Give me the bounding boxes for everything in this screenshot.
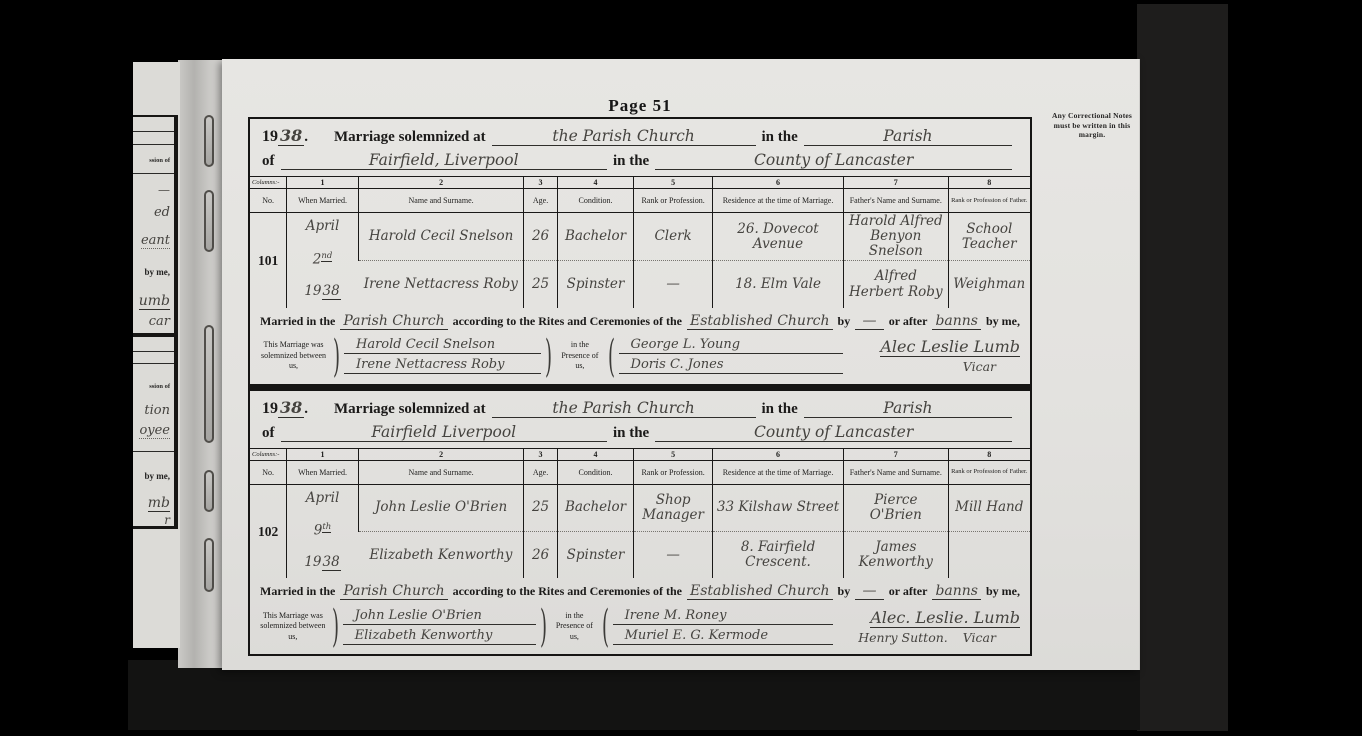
label-in-the: in the — [613, 153, 649, 170]
marriage-record-102: 1938. Marriage solemnized at the Parish … — [248, 389, 1032, 657]
binding-stitch — [204, 325, 214, 443]
column-header-father: Father's Name and Surname. — [844, 460, 949, 484]
register-page: Page 51 Any Correctional Notes must be w… — [222, 59, 1140, 670]
column-number: 1 — [287, 177, 359, 189]
year-handwritten: 38 — [322, 283, 341, 300]
label-rites: according to the Rites and Ceremonies of… — [453, 314, 682, 329]
day-suffix: nd — [321, 251, 332, 262]
column-header-rank: Rank or Profession. — [634, 460, 713, 484]
fragment-text: eant — [141, 233, 170, 249]
rites-handwritten: Established Church — [687, 583, 833, 600]
columns-label: Columns:- — [250, 448, 287, 460]
bride-rank: — — [634, 531, 713, 578]
groom-condition: Bachelor — [557, 484, 633, 531]
label-this-marriage: This Marriage was solemnized between us, — [258, 335, 329, 377]
marriage-register: 1938. Marriage solemnized at the Parish … — [248, 117, 1032, 656]
label-in-the: in the — [762, 129, 798, 146]
church-name-handwritten: the Parish Church — [492, 399, 756, 418]
brace-glyph: ) — [540, 587, 547, 665]
column-header-no: No. — [250, 189, 287, 213]
witness1-signature: Irene M. Roney — [613, 608, 834, 625]
column-number: 8 — [948, 177, 1030, 189]
fragment-text: by me, — [145, 471, 171, 481]
groom-rank: Shop Manager — [634, 484, 713, 531]
column-header-residence: Residence at the time of Marriage. — [713, 460, 844, 484]
fragment-text: by me, — [145, 267, 171, 277]
record-header: 1938. Marriage solemnized at the Parish … — [250, 391, 1030, 445]
fragment-text: umb — [139, 293, 170, 310]
groom-age: 26 — [524, 213, 558, 261]
column-number: 5 — [634, 448, 713, 460]
month-handwritten: April — [289, 219, 356, 234]
bride-condition: Spinster — [557, 531, 633, 578]
bride-father: James Kenworthy — [844, 531, 949, 578]
label-marriage-solemnized: Marriage solemnized at — [334, 401, 486, 418]
fragment-text: ssion of — [149, 157, 170, 164]
groom-condition: Bachelor — [557, 213, 633, 261]
groom-father: Harold Alfred Benyon Snelson — [844, 213, 949, 261]
bride-father: Alfred Herbert Roby — [844, 261, 949, 308]
column-number: 3 — [524, 448, 558, 460]
groom-name: John Leslie O'Brien — [358, 484, 523, 531]
label-by-me: by me, — [986, 314, 1020, 329]
bride-age: 25 — [524, 261, 558, 308]
bride-name: Irene Nettacress Roby — [358, 261, 523, 308]
county-handwritten: County of Lancaster — [655, 151, 1012, 170]
bride-condition: Spinster — [557, 261, 633, 308]
label-married-in-the: Married in the — [260, 584, 335, 599]
officiant-signature-block: Alec Leslie Lumb Vicar — [846, 335, 1022, 377]
column-number: 2 — [358, 448, 523, 460]
label-of: of — [262, 425, 275, 442]
parish-handwritten: Fairfield, Liverpool — [281, 151, 607, 170]
binding-stitch — [204, 190, 214, 252]
column-header-when-married: When Married. — [287, 460, 359, 484]
groom-father-rank: Mill Hand — [948, 484, 1030, 531]
column-header-no: No. — [250, 460, 287, 484]
officiant-title: Vicar — [963, 359, 996, 374]
column-numbers-row: Columns:- 1 2 3 4 5 6 7 8 — [250, 448, 1030, 460]
record-header: 1938. Marriage solemnized at the Parish … — [250, 119, 1030, 173]
groom-father: Pierce O'Brien — [844, 484, 949, 531]
entry-number: 102 — [250, 484, 287, 578]
column-number: 8 — [948, 448, 1030, 460]
district-handwritten: Parish — [804, 127, 1012, 146]
binding-stitch — [204, 470, 214, 512]
signature-area: This Marriage was solemnized between us,… — [250, 600, 1030, 654]
column-header-when-married: When Married. — [287, 189, 359, 213]
bride-father-rank — [948, 531, 1030, 578]
label-by: by — [838, 584, 851, 599]
fragment-text: car — [149, 314, 170, 329]
year-printed: 19 — [262, 128, 278, 146]
column-header-rank: Rank or Profession. — [634, 189, 713, 213]
label-in-the: in the — [613, 425, 649, 442]
month-handwritten: April — [289, 491, 356, 506]
couple-signatures: Harold Cecil Snelson Irene Nettacress Ro… — [344, 335, 541, 377]
brace-glyph: ( — [602, 587, 609, 665]
scanned-register-photo: { "page": { "title": "Page 51", "margin_… — [0, 0, 1362, 736]
brace-glyph: ) — [333, 317, 340, 395]
witness-signatures: George L. Young Doris C. Jones — [619, 335, 844, 377]
fragment-text: mb — [148, 495, 170, 512]
column-number: 7 — [844, 448, 949, 460]
bride-rank: — — [634, 261, 713, 308]
column-header-condition: Condition. — [557, 460, 633, 484]
married-in-line: Married in the Parish Church according t… — [250, 578, 1030, 600]
rites-handwritten: Established Church — [687, 313, 833, 330]
marriage-record-101: 1938. Marriage solemnized at the Parish … — [248, 117, 1032, 386]
brace-glyph: ( — [608, 317, 615, 395]
when-married-cell: April 2nd 1938 — [287, 213, 359, 308]
label-this-marriage: This Marriage was solemnized between us, — [258, 605, 328, 647]
column-number: 6 — [713, 448, 844, 460]
page-bottom-shadow — [128, 660, 1140, 730]
witness2-signature: Muriel E. G. Kermode — [613, 628, 834, 645]
parish-handwritten: Fairfield Liverpool — [281, 423, 607, 442]
fragment-text: ed — [154, 205, 170, 220]
officiant-title: Vicar — [963, 630, 996, 645]
groom-row: 101 April 2nd 1938 Harold Cecil Snelson … — [250, 213, 1030, 261]
column-header-father-rank: Rank or Profession of Father. — [948, 460, 1030, 484]
bride-row: Irene Nettacress Roby 25 Spinster — 18. … — [250, 261, 1030, 308]
page-number-heading: Page 51 — [248, 96, 1032, 116]
label-in-the: in the — [762, 401, 798, 418]
officiant-extra-signature: Henry Sutton. — [858, 630, 948, 645]
year-printed: 19 — [304, 554, 321, 570]
correctional-notes-margin-text: Any Correctional Notes must be written i… — [1044, 111, 1140, 140]
record-table: Columns:- 1 2 3 4 5 6 7 8 No. When Marri… — [250, 176, 1030, 308]
bride-residence: 18. Elm Vale — [713, 261, 844, 308]
column-numbers-row: Columns:- 1 2 3 4 5 6 7 8 — [250, 177, 1030, 189]
bride-signature: Elizabeth Kenworthy — [343, 628, 537, 645]
groom-signature: Harold Cecil Snelson — [344, 337, 541, 354]
bride-name: Elizabeth Kenworthy — [358, 531, 523, 578]
column-number: 2 — [358, 177, 523, 189]
county-handwritten: County of Lancaster — [655, 423, 1012, 442]
groom-signature: John Leslie O'Brien — [343, 608, 537, 625]
district-handwritten: Parish — [804, 399, 1012, 418]
witness-signatures: Irene M. Roney Muriel E. G. Kermode — [613, 605, 834, 647]
married-in-line: Married in the Parish Church according t… — [250, 308, 1030, 330]
officiant-signature-block: Alec. Leslie. Lumb Henry Sutton. Vicar — [836, 605, 1022, 647]
book-binding-gutter — [178, 60, 224, 668]
groom-row: 102 April 9th 1938 John Leslie O'Brien 2… — [250, 484, 1030, 531]
label-marriage-solemnized: Marriage solemnized at — [334, 129, 486, 146]
column-number: 6 — [713, 177, 844, 189]
label-by-me: by me, — [986, 584, 1020, 599]
groom-residence: 33 Kilshaw Street — [713, 484, 844, 531]
record-table: Columns:- 1 2 3 4 5 6 7 8 No. When Marri… — [250, 448, 1030, 579]
year-handwritten: 38 — [278, 126, 304, 146]
fragment-text: r — [164, 513, 170, 527]
year-printed: 19 — [304, 283, 321, 299]
label-presence: in the Presence of us, — [551, 605, 597, 647]
bride-row: Elizabeth Kenworthy 26 Spinster — 8. Fai… — [250, 531, 1030, 578]
year-printed: 19 — [262, 400, 278, 418]
couple-signatures: John Leslie O'Brien Elizabeth Kenworthy — [343, 605, 537, 647]
groom-residence: 26. Dovecot Avenue — [713, 213, 844, 261]
year-handwritten: 38 — [322, 554, 341, 571]
column-number: 1 — [287, 448, 359, 460]
bride-signature: Irene Nettacress Roby — [344, 357, 541, 374]
label-married-in-the: Married in the — [260, 314, 335, 329]
officiant-signature: Alec Leslie Lumb — [880, 337, 1020, 357]
columns-label: Columns:- — [250, 177, 287, 189]
year-handwritten: 38 — [278, 398, 304, 418]
column-header-residence: Residence at the time of Marriage. — [713, 189, 844, 213]
period: . — [304, 401, 308, 418]
column-header-age: Age. — [524, 460, 558, 484]
label-by: by — [838, 314, 851, 329]
church-name-handwritten: the Parish Church — [492, 127, 756, 146]
column-number: 7 — [844, 177, 949, 189]
banns-handwritten: banns — [932, 583, 981, 600]
fragment-text: tion — [144, 403, 170, 418]
column-header-name: Name and Surname. — [358, 189, 523, 213]
previous-page-table-fragment: ssion of — ed eant by me, umb car ssion … — [133, 115, 178, 529]
day-suffix: th — [322, 522, 331, 533]
column-number: 4 — [557, 177, 633, 189]
binding-stitch — [204, 115, 214, 167]
officiant-signature: Alec. Leslie. Lumb — [870, 608, 1020, 628]
column-headers-row: No. When Married. Name and Surname. Age.… — [250, 189, 1030, 213]
fragment-text: oyee — [139, 423, 170, 439]
column-number: 4 — [557, 448, 633, 460]
married-in-church-handwritten: Parish Church — [340, 583, 447, 600]
bride-father-rank: Weighman — [948, 261, 1030, 308]
groom-rank: Clerk — [634, 213, 713, 261]
groom-name: Harold Cecil Snelson — [358, 213, 523, 261]
bride-age: 26 — [524, 531, 558, 578]
by-licence-handwritten: — — [855, 313, 884, 330]
witness2-signature: Doris C. Jones — [619, 357, 844, 374]
column-header-father: Father's Name and Surname. — [844, 189, 949, 213]
brace-glyph: ) — [545, 317, 552, 395]
column-header-father-rank: Rank or Profession of Father. — [948, 189, 1030, 213]
when-married-cell: April 9th 1938 — [287, 484, 359, 578]
label-or-after: or after — [889, 584, 928, 599]
married-in-church-handwritten: Parish Church — [340, 313, 447, 330]
column-headers-row: No. When Married. Name and Surname. Age.… — [250, 460, 1030, 484]
fragment-text: — — [158, 183, 170, 197]
column-number: 3 — [524, 177, 558, 189]
groom-father-rank: School Teacher — [948, 213, 1030, 261]
binding-stitch — [204, 538, 214, 592]
entry-number: 101 — [250, 213, 287, 308]
banns-handwritten: banns — [932, 313, 981, 330]
fragment-text: ssion of — [149, 383, 170, 390]
label-of: of — [262, 153, 275, 170]
signature-area: This Marriage was solemnized between us,… — [250, 330, 1030, 384]
groom-age: 25 — [524, 484, 558, 531]
bride-residence: 8. Fairfield Crescent. — [713, 531, 844, 578]
label-or-after: or after — [889, 314, 928, 329]
column-number: 5 — [634, 177, 713, 189]
by-licence-handwritten: — — [855, 583, 884, 600]
column-header-name: Name and Surname. — [358, 460, 523, 484]
brace-glyph: ) — [332, 587, 339, 665]
column-header-age: Age. — [524, 189, 558, 213]
column-header-condition: Condition. — [557, 189, 633, 213]
period: . — [304, 129, 308, 146]
label-rites: according to the Rites and Ceremonies of… — [453, 584, 682, 599]
previous-page-edge: ssion of — ed eant by me, umb car ssion … — [133, 62, 180, 648]
book-back-cover — [1137, 4, 1228, 731]
label-presence: in the Presence of us, — [556, 335, 603, 377]
witness1-signature: George L. Young — [619, 337, 844, 354]
